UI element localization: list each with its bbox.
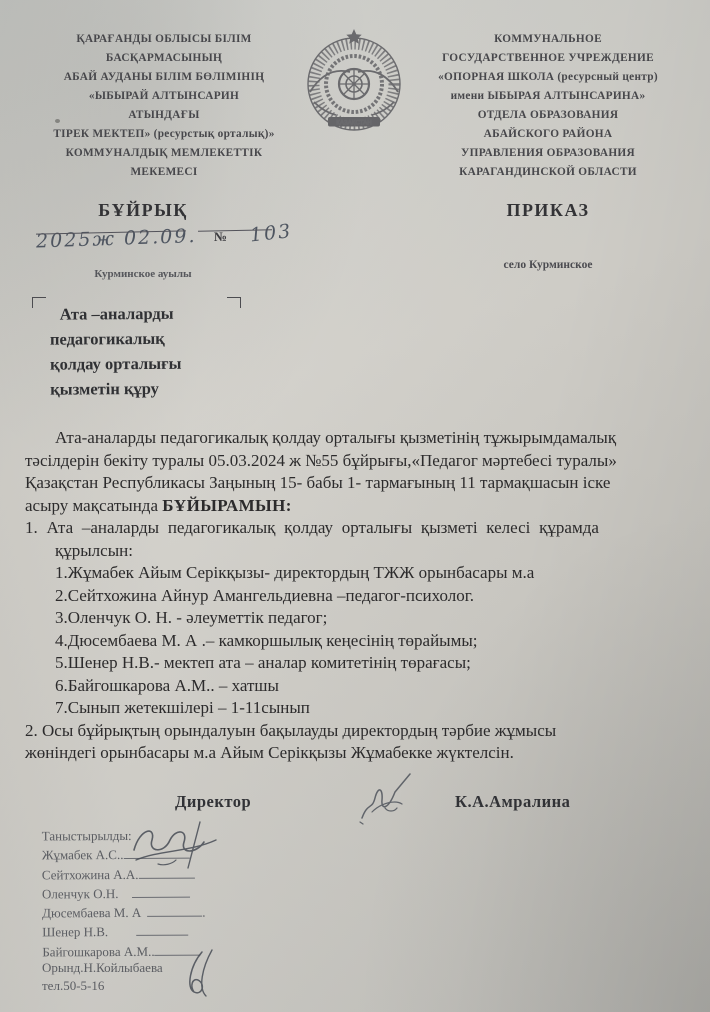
item1-line: 1. Ата –аналарды педагогикалық қолдау ор… xyxy=(25,517,693,540)
director-signature xyxy=(352,768,422,830)
handwritten-number: 103 xyxy=(249,220,293,246)
member-line: 6.Байгошкарова А.М.. – хатшы xyxy=(55,675,693,698)
header-left-kazakh: ҚАРАҒАНДЫ ОБЛЫСЫ БІЛІМ БАСҚАРМАСЫНЫҢ АБА… xyxy=(28,30,300,182)
place-kazakh: Курминское ауылы xyxy=(28,268,258,280)
item2-line: 2. Осы бұйрықтың орындалуын бақылауды ди… xyxy=(25,720,693,743)
subject-line: Ата –аналарды xyxy=(50,300,240,326)
subject-line: педагогикалық xyxy=(50,325,240,351)
member-line: 3.Оленчук О. Н. - әлеуметтік педагог; xyxy=(55,607,693,630)
intro-line-last: асыру мақсатында БҰЙЫРАМЫН: xyxy=(25,495,693,518)
ack-name: Оленчук О.Н. xyxy=(42,886,119,901)
member-line: 7.Сынып жетекшілері – 1-11сынып xyxy=(55,697,693,720)
ack-name: Байгошкарова А.М.. xyxy=(42,944,154,960)
intro-last-prefix: асыру мақсатында xyxy=(25,496,162,515)
header-left-line: ҚАРАҒАНДЫ ОБЛЫСЫ БІЛІМ xyxy=(28,30,300,49)
member-line: 5.Шенер Н.В.- мектеп ата – аналар комите… xyxy=(55,652,693,675)
header-right-line: КАРАГАНДИНСКОЙ ОБЛАСТИ xyxy=(412,163,684,182)
member-line: 2.Сейтхожина Айнур Амангельдиевна –педаг… xyxy=(55,585,693,608)
number-sign: № xyxy=(215,229,228,245)
executor-signature xyxy=(176,948,220,1002)
order-title-kazakh: БҰЙРЫҚ xyxy=(28,200,258,221)
item1-line: құрылсын: xyxy=(55,540,693,563)
header-right-russian: КОММУНАЛЬНОЕ ГОСУДАРСТВЕННОЕ УЧРЕЖДЕНИЕ … xyxy=(412,30,684,182)
header-right-line: «ОПОРНАЯ ШКОЛА (ресурсный центр) xyxy=(412,68,684,87)
director-name: К.А.Амралина xyxy=(455,792,570,812)
header-left-line: АТЫНДАҒЫ xyxy=(28,106,300,125)
header-left-line: ТІРЕК МЕКТЕП» (ресурстық орталық)» xyxy=(28,125,300,144)
zhumabek-signature xyxy=(128,820,224,874)
order-body: Ата-аналарды педагогикалық қолдау орталы… xyxy=(25,427,693,765)
subject-line: қызметін құру xyxy=(50,375,240,401)
ack-suffix: . xyxy=(202,905,205,920)
header-left-line: КОММУНАЛДЫҚ МЕМЛЕКЕТТІК xyxy=(28,144,300,163)
executor-block: Орынд.Н.Койлыбаева тел.50-5-16 xyxy=(42,959,163,995)
subject-line: қолдау орталығы xyxy=(50,350,240,376)
header-left-line: МЕКЕМЕСІ xyxy=(28,163,300,182)
intro-line: тәсілдерін бекіту туралы 05.03.2024 ж №5… xyxy=(25,450,693,473)
member-line: 1.Жұмабек Айым Серікқызы- директордың ТЖ… xyxy=(55,562,693,585)
executor-name: Орынд.Н.Койлыбаева xyxy=(42,959,163,977)
scan-speck xyxy=(55,119,60,123)
header-right-line: КОММУНАЛЬНОЕ xyxy=(412,30,684,49)
signature-line xyxy=(132,886,190,898)
header-left-line: АБАЙ АУДАНЫ БІЛІМ БӨЛІМІНІҢ xyxy=(28,68,300,87)
intro-line: Ата-аналарды педагогикалық қолдау орталы… xyxy=(25,427,693,450)
director-role-label: Директор xyxy=(175,792,251,812)
header-right-line: ГОСУДАРСТВЕННОЕ УЧРЕЖДЕНИЕ xyxy=(412,49,684,68)
signature-line xyxy=(147,905,202,917)
item2-line: жөніндегі орынбасары м.а Айым Серікқызы … xyxy=(25,742,693,765)
header-right-line: АБАЙСКОГО РАЙОНА xyxy=(412,125,684,144)
ack-name: Шенер Н.В. xyxy=(42,925,108,940)
intro-line: Қазақстан Республикасы Заңының 15- бабы … xyxy=(25,472,693,495)
order-subject: Ата –аналарды педагогикалық қолдау ортал… xyxy=(50,300,241,401)
header-left-line: БАСҚАРМАСЫНЫҢ xyxy=(28,49,300,68)
scanned-order-document: ҚАРАҒАНДЫ ОБЛЫСЫ БІЛІМ БАСҚАРМАСЫНЫҢ АБА… xyxy=(0,0,710,1012)
handwritten-date-number: 2025ж 02.09. № 103 xyxy=(36,221,297,252)
handwritten-date: 2025ж 02.09. xyxy=(36,225,197,253)
ack-name: Жұмабек А.С.. xyxy=(42,847,124,862)
place-russian: село Курминское xyxy=(412,259,684,271)
member-line: 4.Дюсембаева М. А .– камкоршылық кеңесін… xyxy=(55,630,693,653)
subject-corner-left xyxy=(32,297,46,308)
ack-name: Сейтхожина А.А. xyxy=(42,867,139,883)
ack-name: Дюсембаева М. А xyxy=(42,905,141,921)
decree-word: БҰЙЫРАМЫН: xyxy=(162,496,292,515)
kazakhstan-coat-of-arms-icon: ҚАЗАҚСТАН xyxy=(306,26,402,132)
header-right-line: УПРАВЛЕНИЯ ОБРАЗОВАНИЯ xyxy=(412,144,684,163)
emblem-banner-text: ҚАЗАҚСТАН xyxy=(336,119,372,126)
header-right-line: имени ЫБЫРАЯ АЛТЫНСАРИНА» xyxy=(412,87,684,106)
header-left-line: «ЫБЫРАЙ АЛТЫНСАРИН xyxy=(28,87,300,106)
signature-line xyxy=(136,924,188,936)
executor-phone: тел.50-5-16 xyxy=(42,977,163,995)
order-title-russian: ПРИКАЗ xyxy=(412,200,684,221)
header-right-line: ОТДЕЛА ОБРАЗОВАНИЯ xyxy=(412,106,684,125)
